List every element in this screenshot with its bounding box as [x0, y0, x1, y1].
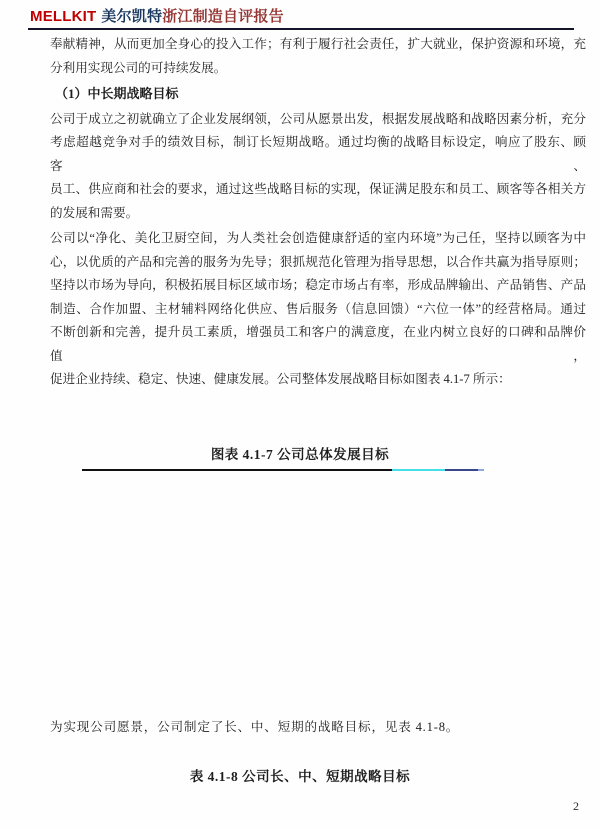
body-text-line: 不断创新和完善，提升员工素质，增强员工和客户的满意度，在业内树立良好的口碑和品牌… — [50, 321, 586, 368]
body-text-line: 考虑超越竞争对手的绩效目标，制订长短期战略。通过均衡的战略目标设定，响应了股东、… — [50, 131, 586, 178]
section-heading: （1）中长期战略目标 — [50, 82, 586, 106]
page-number: 2 — [573, 799, 579, 814]
document-body: 奉献精神，从而更加全身心的投入工作；有利于履行社会责任，扩大就业，保护资源和环境… — [50, 33, 586, 394]
body-text-line: 公司于成立之初就确立了企业发展纲领，公司从愿景出发，根据发展战略和战略因素分析，… — [50, 108, 586, 132]
paragraph-1: 奉献精神，从而更加全身心的投入工作；有利于履行社会责任，扩大就业，保护资源和环境… — [50, 33, 586, 80]
page-header: MELLKIT美尔凯特浙江制造自评报告 — [30, 8, 570, 26]
body-text-line: 公司以“净化、美化卫厨空间，为人类社会创造健康舒适的室内环境”为己任，坚持以顾客… — [50, 227, 586, 251]
brand-logo-text: MELLKIT — [30, 8, 96, 25]
doc-title: 浙江制造自评报告 — [162, 9, 284, 25]
figure-chart-line — [0, 469, 600, 471]
figure-line-segment-black — [82, 469, 392, 471]
paragraph-4: 为实现公司愿景，公司制定了长、中、短期的战略目标，见表 4.1-8。 — [50, 716, 586, 740]
brand-name-cn: 美尔凯特 — [101, 9, 162, 25]
header-divider-rule — [28, 28, 574, 30]
figure-line-segment-cyan — [392, 469, 445, 471]
body-text-line: 员工、供应商和社会的要求，通过这些战略目标的实现，保证满足股东和员工、顾客等各相… — [50, 178, 586, 202]
figure-line-segment-blue — [445, 469, 478, 471]
figure-caption: 图表 4.1-7 公司总体发展目标 — [0, 447, 600, 463]
body-text-line: 促进企业持续、稳定、快速、健康发展。公司整体发展战略目标如图表 4.1-7 所示… — [50, 368, 586, 392]
body-text-line: 制造、合作加盟、主材辅料网络化供应、售后服务（信息回馈）“六位一体”的经营格局。… — [50, 298, 586, 322]
figure-line-segment-tip — [478, 469, 484, 471]
body-text-line: 奉献精神，从而更加全身心的投入工作；有利于履行社会责任，扩大就业，保护资源和环境… — [50, 33, 586, 57]
body-text-line: 心，以优质的产品和完善的服务为先导；狠抓规范化管理为指导思想，以合作共赢为指导原… — [50, 251, 586, 275]
body-text-line: 的发展和需要。 — [50, 202, 586, 226]
paragraph-2: 公司于成立之初就确立了企业发展纲领，公司从愿景出发，根据发展战略和战略因素分析，… — [50, 108, 586, 226]
body-text-line: 坚持以市场为导向，积极拓展目标区域市场；稳定市场占有率，形成品牌输出、产品销售、… — [50, 274, 586, 298]
body-text-line: 分利用实现公司的可持续发展。 — [50, 57, 586, 81]
paragraph-3: 公司以“净化、美化卫厨空间，为人类社会创造健康舒适的室内环境”为己任，坚持以顾客… — [50, 227, 586, 392]
document-page: MELLKIT美尔凯特浙江制造自评报告 奉献精神，从而更加全身心的投入工作；有利… — [0, 0, 600, 829]
table-caption: 表 4.1-8 公司长、中、短期战略目标 — [0, 769, 600, 785]
